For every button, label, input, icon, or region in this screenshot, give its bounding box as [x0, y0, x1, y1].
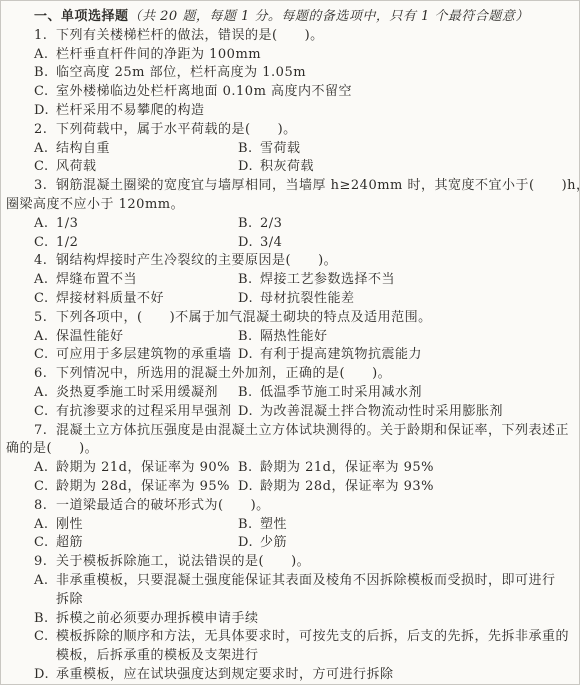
option-text-line: 刚性	[56, 516, 83, 535]
question-stem-text: 下列荷载中，属于水平荷载的是( )。	[56, 122, 297, 137]
question-number: 4.	[34, 252, 56, 271]
option-row: A.炎热夏季施工时采用缓凝剂B.低温季节施工时采用减水剂	[34, 384, 574, 403]
option-row: A.焊缝布置不当B.焊接工艺参数选择不当	[34, 271, 574, 290]
option-text: 有利于提高建筑物抗震能力	[260, 346, 422, 365]
option-c: C.焊接材料质量不好	[34, 290, 238, 309]
option-text: 栏杆采用不易攀爬的构造	[56, 102, 205, 121]
option-letter: B.	[238, 215, 260, 234]
option-text-line: 焊接工艺参数选择不当	[260, 271, 395, 290]
option-row: C.龄期为 28d，保证率为 95%D.龄期为 28d，保证率为 93%	[34, 478, 574, 497]
option-text: 可应用于多层建筑物的承重墙	[56, 346, 232, 365]
option-letter: C.	[34, 403, 56, 422]
option-letter: B.	[238, 140, 260, 159]
option-letter: D.	[34, 666, 56, 685]
option-text: 为改善混凝土拌合物流动性时采用膨胀剂	[260, 403, 503, 422]
option-c: C.超筋	[34, 534, 238, 553]
option-b: B.塑性	[238, 516, 574, 535]
option-text: 塑性	[260, 516, 287, 535]
option-c: C.室外楼梯临边处栏杆离地面 0.10m 高度内不留空	[34, 83, 574, 102]
option-letter: A.	[34, 46, 56, 65]
option-text: 炎热夏季施工时采用缓凝剂	[56, 384, 218, 403]
option-text: 3/4	[260, 234, 282, 253]
option-letter: D.	[238, 158, 260, 177]
section-note: （共 20 题，每题 1 分。每题的备选项中，只有 1 个最符合题意）	[129, 9, 529, 24]
option-b: B.雪荷载	[238, 140, 574, 159]
option-letter: A.	[34, 140, 56, 159]
option-letter: B.	[238, 459, 260, 478]
option-d: D.母材抗裂性能差	[238, 290, 574, 309]
option-text: 焊缝布置不当	[56, 271, 137, 290]
option-letter: B.	[34, 64, 56, 83]
option-row: A.龄期为 21d，保证率为 90%B.龄期为 21d，保证率为 95%	[34, 459, 574, 478]
option-letter: C.	[34, 628, 56, 647]
option-text-line: 超筋	[56, 534, 83, 553]
question-8: 8.一道梁最适合的破坏形式为( )。A.刚性B.塑性C.超筋D.少筋	[6, 497, 574, 553]
option-text-line: 雪荷载	[260, 140, 301, 159]
option-row: D.栏杆采用不易攀爬的构造	[6, 102, 574, 121]
option-row: A.保温性能好B.隔热性能好	[34, 328, 574, 347]
option-c: C.模板拆除的顺序和方法，无具体要求时，可按先支的后拆，后支的先拆，先拆非承重的…	[34, 628, 574, 666]
option-text: 母材抗裂性能差	[260, 290, 355, 309]
option-text-line: 炎热夏季施工时采用缓凝剂	[56, 384, 218, 403]
option-text-line: 有抗渗要求的过程采用早强剂	[56, 403, 232, 422]
question-number: 3.	[34, 177, 56, 196]
question-stem-text: 关于模板拆除施工，说法错误的是( )。	[56, 554, 310, 569]
option-text: 模板拆除的顺序和方法，无具体要求时，可按先支的后拆，后支的先拆，先拆非承重的模板…	[56, 628, 569, 666]
option-letter: C.	[34, 290, 56, 309]
option-text: 有抗渗要求的过程采用早强剂	[56, 403, 232, 422]
option-text: 保温性能好	[56, 328, 124, 347]
option-letter: B.	[238, 271, 260, 290]
option-a: A.非承重模板，只要混凝土强度能保证其表面及棱角不因拆除模板而受损时，即可进行拆…	[34, 572, 574, 610]
option-a: A.焊缝布置不当	[34, 271, 238, 290]
option-text-line: 拆除	[56, 591, 556, 610]
option-row: C.模板拆除的顺序和方法，无具体要求时，可按先支的后拆，后支的先拆，先拆非承重的…	[6, 628, 574, 666]
option-letter: B.	[238, 384, 260, 403]
option-text: 雪荷载	[260, 140, 301, 159]
option-text-line: 承重模板，应在试块强度达到规定要求时，方可进行拆除	[56, 666, 394, 685]
option-d: D.有利于提高建筑物抗震能力	[238, 346, 574, 365]
option-text: 1/2	[56, 234, 78, 253]
option-text-line: 为改善混凝土拌合物流动性时采用膨胀剂	[260, 403, 503, 422]
option-text: 龄期为 21d，保证率为 95%	[260, 459, 434, 478]
option-row: C.1/2D.3/4	[34, 234, 574, 253]
option-letter: A.	[34, 271, 56, 290]
option-letter: D.	[238, 534, 260, 553]
exam-page: 一、单项选择题（共 20 题，每题 1 分。每题的备选项中，只有 1 个最符合题…	[0, 0, 580, 685]
option-letter: B.	[238, 328, 260, 347]
option-d: D.积灰荷载	[238, 158, 574, 177]
question-stem-text: 一道梁最适合的破坏形式为( )。	[56, 498, 270, 513]
option-letter: A.	[34, 215, 56, 234]
question-number: 1.	[34, 27, 56, 46]
question-stem-text: 钢筋混凝土圈梁的宽度宜与墙厚相同，当墙厚 h≥240mm 时，其宽度不宜小于( …	[56, 178, 580, 193]
option-text: 刚性	[56, 516, 83, 535]
option-text: 承重模板，应在试块强度达到规定要求时，方可进行拆除	[56, 666, 394, 685]
option-row: A.栏杆垂直杆件间的净距为 100mm	[6, 46, 574, 65]
option-b: B.临空高度 25m 部位，栏杆高度为 1.05m	[34, 64, 574, 83]
option-text-line: 3/4	[260, 234, 282, 253]
option-text-line: 风荷载	[56, 158, 97, 177]
option-d: D.3/4	[238, 234, 574, 253]
option-text: 焊接材料质量不好	[56, 290, 164, 309]
option-row: A.结构自重B.雪荷载	[34, 140, 574, 159]
question-stem-continuation: 圈梁高度不应小于 120mm。	[6, 196, 574, 215]
option-letter: C.	[34, 83, 56, 102]
option-text-line: 2/3	[260, 215, 282, 234]
option-text-line: 隔热性能好	[260, 328, 328, 347]
option-text: 超筋	[56, 534, 83, 553]
option-text: 风荷载	[56, 158, 97, 177]
option-text: 2/3	[260, 215, 282, 234]
option-text: 室外楼梯临边处栏杆离地面 0.10m 高度内不留空	[56, 83, 352, 102]
option-text-line: 1/3	[56, 215, 78, 234]
question-stem: 6.下列情况中，所选用的混凝土外加剂，正确的是( )。	[6, 365, 574, 384]
question-stem: 8.一道梁最适合的破坏形式为( )。	[6, 497, 574, 516]
option-text-line: 母材抗裂性能差	[260, 290, 355, 309]
option-letter: A.	[34, 384, 56, 403]
option-letter: D.	[238, 346, 260, 365]
option-text-line: 模板，后拆承重的模板及支架进行	[56, 647, 569, 666]
option-text-line: 可应用于多层建筑物的承重墙	[56, 346, 232, 365]
option-text-line: 1/2	[56, 234, 78, 253]
question-number: 2.	[34, 121, 56, 140]
option-text: 1/3	[56, 215, 78, 234]
question-2: 2.下列荷载中，属于水平荷载的是( )。A.结构自重B.雪荷载C.风荷载D.积灰…	[6, 121, 574, 177]
option-text: 龄期为 21d，保证率为 90%	[56, 459, 230, 478]
option-text-line: 积灰荷载	[260, 158, 314, 177]
option-text: 积灰荷载	[260, 158, 314, 177]
question-stem-text: 下列各项中，( )不属于加气混凝土砌块的特点及适用范围。	[56, 310, 432, 325]
option-text: 栏杆垂直杆件间的净距为 100mm	[56, 46, 261, 65]
option-letter: C.	[34, 158, 56, 177]
question-stem-continuation: 确的是( )。	[6, 440, 574, 459]
option-text-line: 焊接材料质量不好	[56, 290, 164, 309]
question-stem-text: 钢结构焊接时产生冷裂纹的主要原因是( )。	[56, 253, 337, 268]
option-letter: D.	[238, 478, 260, 497]
question-stem: 4.钢结构焊接时产生冷裂纹的主要原因是( )。	[6, 252, 574, 271]
option-text-line: 低温季节施工时采用减水剂	[260, 384, 422, 403]
option-b: B.拆模之前必须要办理拆模申请手续	[34, 610, 574, 629]
option-text: 低温季节施工时采用减水剂	[260, 384, 422, 403]
question-7: 7.混凝土立方体抗压强度是由混凝土立方体试块测得的。关于龄期和保证率，下列表述正…	[6, 422, 574, 497]
option-row: C.焊接材料质量不好D.母材抗裂性能差	[34, 290, 574, 309]
option-a: A.龄期为 21d，保证率为 90%	[34, 459, 238, 478]
question-stem: 5.下列各项中，( )不属于加气混凝土砌块的特点及适用范围。	[6, 309, 574, 328]
option-text: 临空高度 25m 部位，栏杆高度为 1.05m	[56, 64, 306, 83]
option-text: 龄期为 28d，保证率为 93%	[260, 478, 434, 497]
option-text-line: 龄期为 28d，保证率为 95%	[56, 478, 230, 497]
option-row: D.承重模板，应在试块强度达到规定要求时，方可进行拆除	[6, 666, 574, 685]
question-stem-text: 下列情况中，所选用的混凝土外加剂，正确的是( )。	[56, 366, 391, 381]
option-c: C.风荷载	[34, 158, 238, 177]
option-row: A.1/3B.2/3	[34, 215, 574, 234]
question-stem: 3.钢筋混凝土圈梁的宽度宜与墙厚相同，当墙厚 h≥240mm 时，其宽度不宜小于…	[6, 177, 574, 196]
option-letter: A.	[34, 459, 56, 478]
option-d: D.龄期为 28d，保证率为 93%	[238, 478, 574, 497]
option-row: A.非承重模板，只要混凝土强度能保证其表面及棱角不因拆除模板而受损时，即可进行拆…	[6, 572, 574, 610]
option-text-line: 室外楼梯临边处栏杆离地面 0.10m 高度内不留空	[56, 83, 352, 102]
question-number: 7.	[34, 422, 56, 441]
option-a: A.刚性	[34, 516, 238, 535]
option-letter: D.	[34, 102, 56, 121]
question-stem: 9.关于模板拆除施工，说法错误的是( )。	[6, 553, 574, 572]
option-text: 焊接工艺参数选择不当	[260, 271, 395, 290]
option-text-line: 焊缝布置不当	[56, 271, 137, 290]
option-letter: B.	[34, 610, 56, 629]
option-text-line: 龄期为 21d，保证率为 95%	[260, 459, 434, 478]
question-3: 3.钢筋混凝土圈梁的宽度宜与墙厚相同，当墙厚 h≥240mm 时，其宽度不宜小于…	[6, 177, 574, 252]
option-row: B.拆模之前必须要办理拆模申请手续	[6, 610, 574, 629]
option-letter: A.	[34, 328, 56, 347]
question-6: 6.下列情况中，所选用的混凝土外加剂，正确的是( )。A.炎热夏季施工时采用缓凝…	[6, 365, 574, 421]
option-letter: C.	[34, 478, 56, 497]
option-text-line: 非承重模板，只要混凝土强度能保证其表面及棱角不因拆除模板而受损时，即可进行	[56, 572, 556, 591]
option-a: A.结构自重	[34, 140, 238, 159]
question-4: 4.钢结构焊接时产生冷裂纹的主要原因是( )。A.焊缝布置不当B.焊接工艺参数选…	[6, 252, 574, 308]
option-d: D.少筋	[238, 534, 574, 553]
option-b: B.焊接工艺参数选择不当	[238, 271, 574, 290]
option-a: A.炎热夏季施工时采用缓凝剂	[34, 384, 238, 403]
option-text-line: 模板拆除的顺序和方法，无具体要求时，可按先支的后拆，后支的先拆，先拆非承重的	[56, 628, 569, 647]
option-text-line: 有利于提高建筑物抗震能力	[260, 346, 422, 365]
option-text-line: 塑性	[260, 516, 287, 535]
questions-container: 1.下列有关楼梯栏杆的做法，错误的是( )。A.栏杆垂直杆件间的净距为 100m…	[6, 27, 574, 685]
option-b: B.低温季节施工时采用减水剂	[238, 384, 574, 403]
option-b: B.2/3	[238, 215, 574, 234]
question-number: 9.	[34, 553, 56, 572]
option-row: C.可应用于多层建筑物的承重墙D.有利于提高建筑物抗震能力	[34, 346, 574, 365]
question-stem-text: 混凝土立方体抗压强度是由混凝土立方体试块测得的。关于龄期和保证率，下列表述正	[56, 423, 569, 438]
question-stem-text: 下列有关楼梯栏杆的做法，错误的是( )。	[56, 28, 324, 43]
option-a: A.保温性能好	[34, 328, 238, 347]
option-text-line: 临空高度 25m 部位，栏杆高度为 1.05m	[56, 64, 306, 83]
option-text: 隔热性能好	[260, 328, 328, 347]
question-stem: 1.下列有关楼梯栏杆的做法，错误的是( )。	[6, 27, 574, 46]
option-text-line: 结构自重	[56, 140, 110, 159]
option-row: C.风荷载D.积灰荷载	[34, 158, 574, 177]
option-b: B.龄期为 21d，保证率为 95%	[238, 459, 574, 478]
option-c: C.可应用于多层建筑物的承重墙	[34, 346, 238, 365]
question-stem: 2.下列荷载中，属于水平荷载的是( )。	[6, 121, 574, 140]
option-letter: A.	[34, 572, 56, 591]
section-title: 一、单项选择题	[34, 9, 129, 24]
question-1: 1.下列有关楼梯栏杆的做法，错误的是( )。A.栏杆垂直杆件间的净距为 100m…	[6, 27, 574, 121]
option-text-line: 拆模之前必须要办理拆模申请手续	[56, 610, 259, 629]
option-b: B.隔热性能好	[238, 328, 574, 347]
option-text-line: 保温性能好	[56, 328, 124, 347]
option-letter: D.	[238, 234, 260, 253]
option-letter: D.	[238, 403, 260, 422]
option-text-line: 栏杆采用不易攀爬的构造	[56, 102, 205, 121]
question-number: 5.	[34, 309, 56, 328]
option-text: 少筋	[260, 534, 287, 553]
option-c: C.1/2	[34, 234, 238, 253]
question-stem: 7.混凝土立方体抗压强度是由混凝土立方体试块测得的。关于龄期和保证率，下列表述正	[6, 422, 574, 441]
option-row: C.室外楼梯临边处栏杆离地面 0.10m 高度内不留空	[6, 83, 574, 102]
question-number: 8.	[34, 497, 56, 516]
option-letter: C.	[34, 346, 56, 365]
option-letter: D.	[238, 290, 260, 309]
option-text-line: 龄期为 21d，保证率为 90%	[56, 459, 230, 478]
option-text: 非承重模板，只要混凝土强度能保证其表面及棱角不因拆除模板而受损时，即可进行拆除	[56, 572, 556, 610]
option-text-line: 少筋	[260, 534, 287, 553]
option-text-line: 栏杆垂直杆件间的净距为 100mm	[56, 46, 261, 65]
question-number: 6.	[34, 365, 56, 384]
question-5: 5.下列各项中，( )不属于加气混凝土砌块的特点及适用范围。A.保温性能好B.隔…	[6, 309, 574, 365]
question-9: 9.关于模板拆除施工，说法错误的是( )。A.非承重模板，只要混凝土强度能保证其…	[6, 553, 574, 685]
option-letter: C.	[34, 534, 56, 553]
option-letter: C.	[34, 234, 56, 253]
option-text: 拆模之前必须要办理拆模申请手续	[56, 610, 259, 629]
option-d: D.栏杆采用不易攀爬的构造	[34, 102, 574, 121]
option-c: C.龄期为 28d，保证率为 95%	[34, 478, 238, 497]
option-d: D.承重模板，应在试块强度达到规定要求时，方可进行拆除	[34, 666, 574, 685]
option-text: 结构自重	[56, 140, 110, 159]
option-c: C.有抗渗要求的过程采用早强剂	[34, 403, 238, 422]
option-letter: B.	[238, 516, 260, 535]
option-text: 龄期为 28d，保证率为 95%	[56, 478, 230, 497]
option-row: A.刚性B.塑性	[34, 516, 574, 535]
option-row: C.超筋D.少筋	[34, 534, 574, 553]
option-a: A.栏杆垂直杆件间的净距为 100mm	[34, 46, 574, 65]
option-letter: A.	[34, 516, 56, 535]
option-row: C.有抗渗要求的过程采用早强剂D.为改善混凝土拌合物流动性时采用膨胀剂	[34, 403, 574, 422]
option-row: B.临空高度 25m 部位，栏杆高度为 1.05m	[6, 64, 574, 83]
option-d: D.为改善混凝土拌合物流动性时采用膨胀剂	[238, 403, 574, 422]
section-header: 一、单项选择题（共 20 题，每题 1 分。每题的备选项中，只有 1 个最符合题…	[6, 8, 574, 27]
option-a: A.1/3	[34, 215, 238, 234]
option-text-line: 龄期为 28d，保证率为 93%	[260, 478, 434, 497]
